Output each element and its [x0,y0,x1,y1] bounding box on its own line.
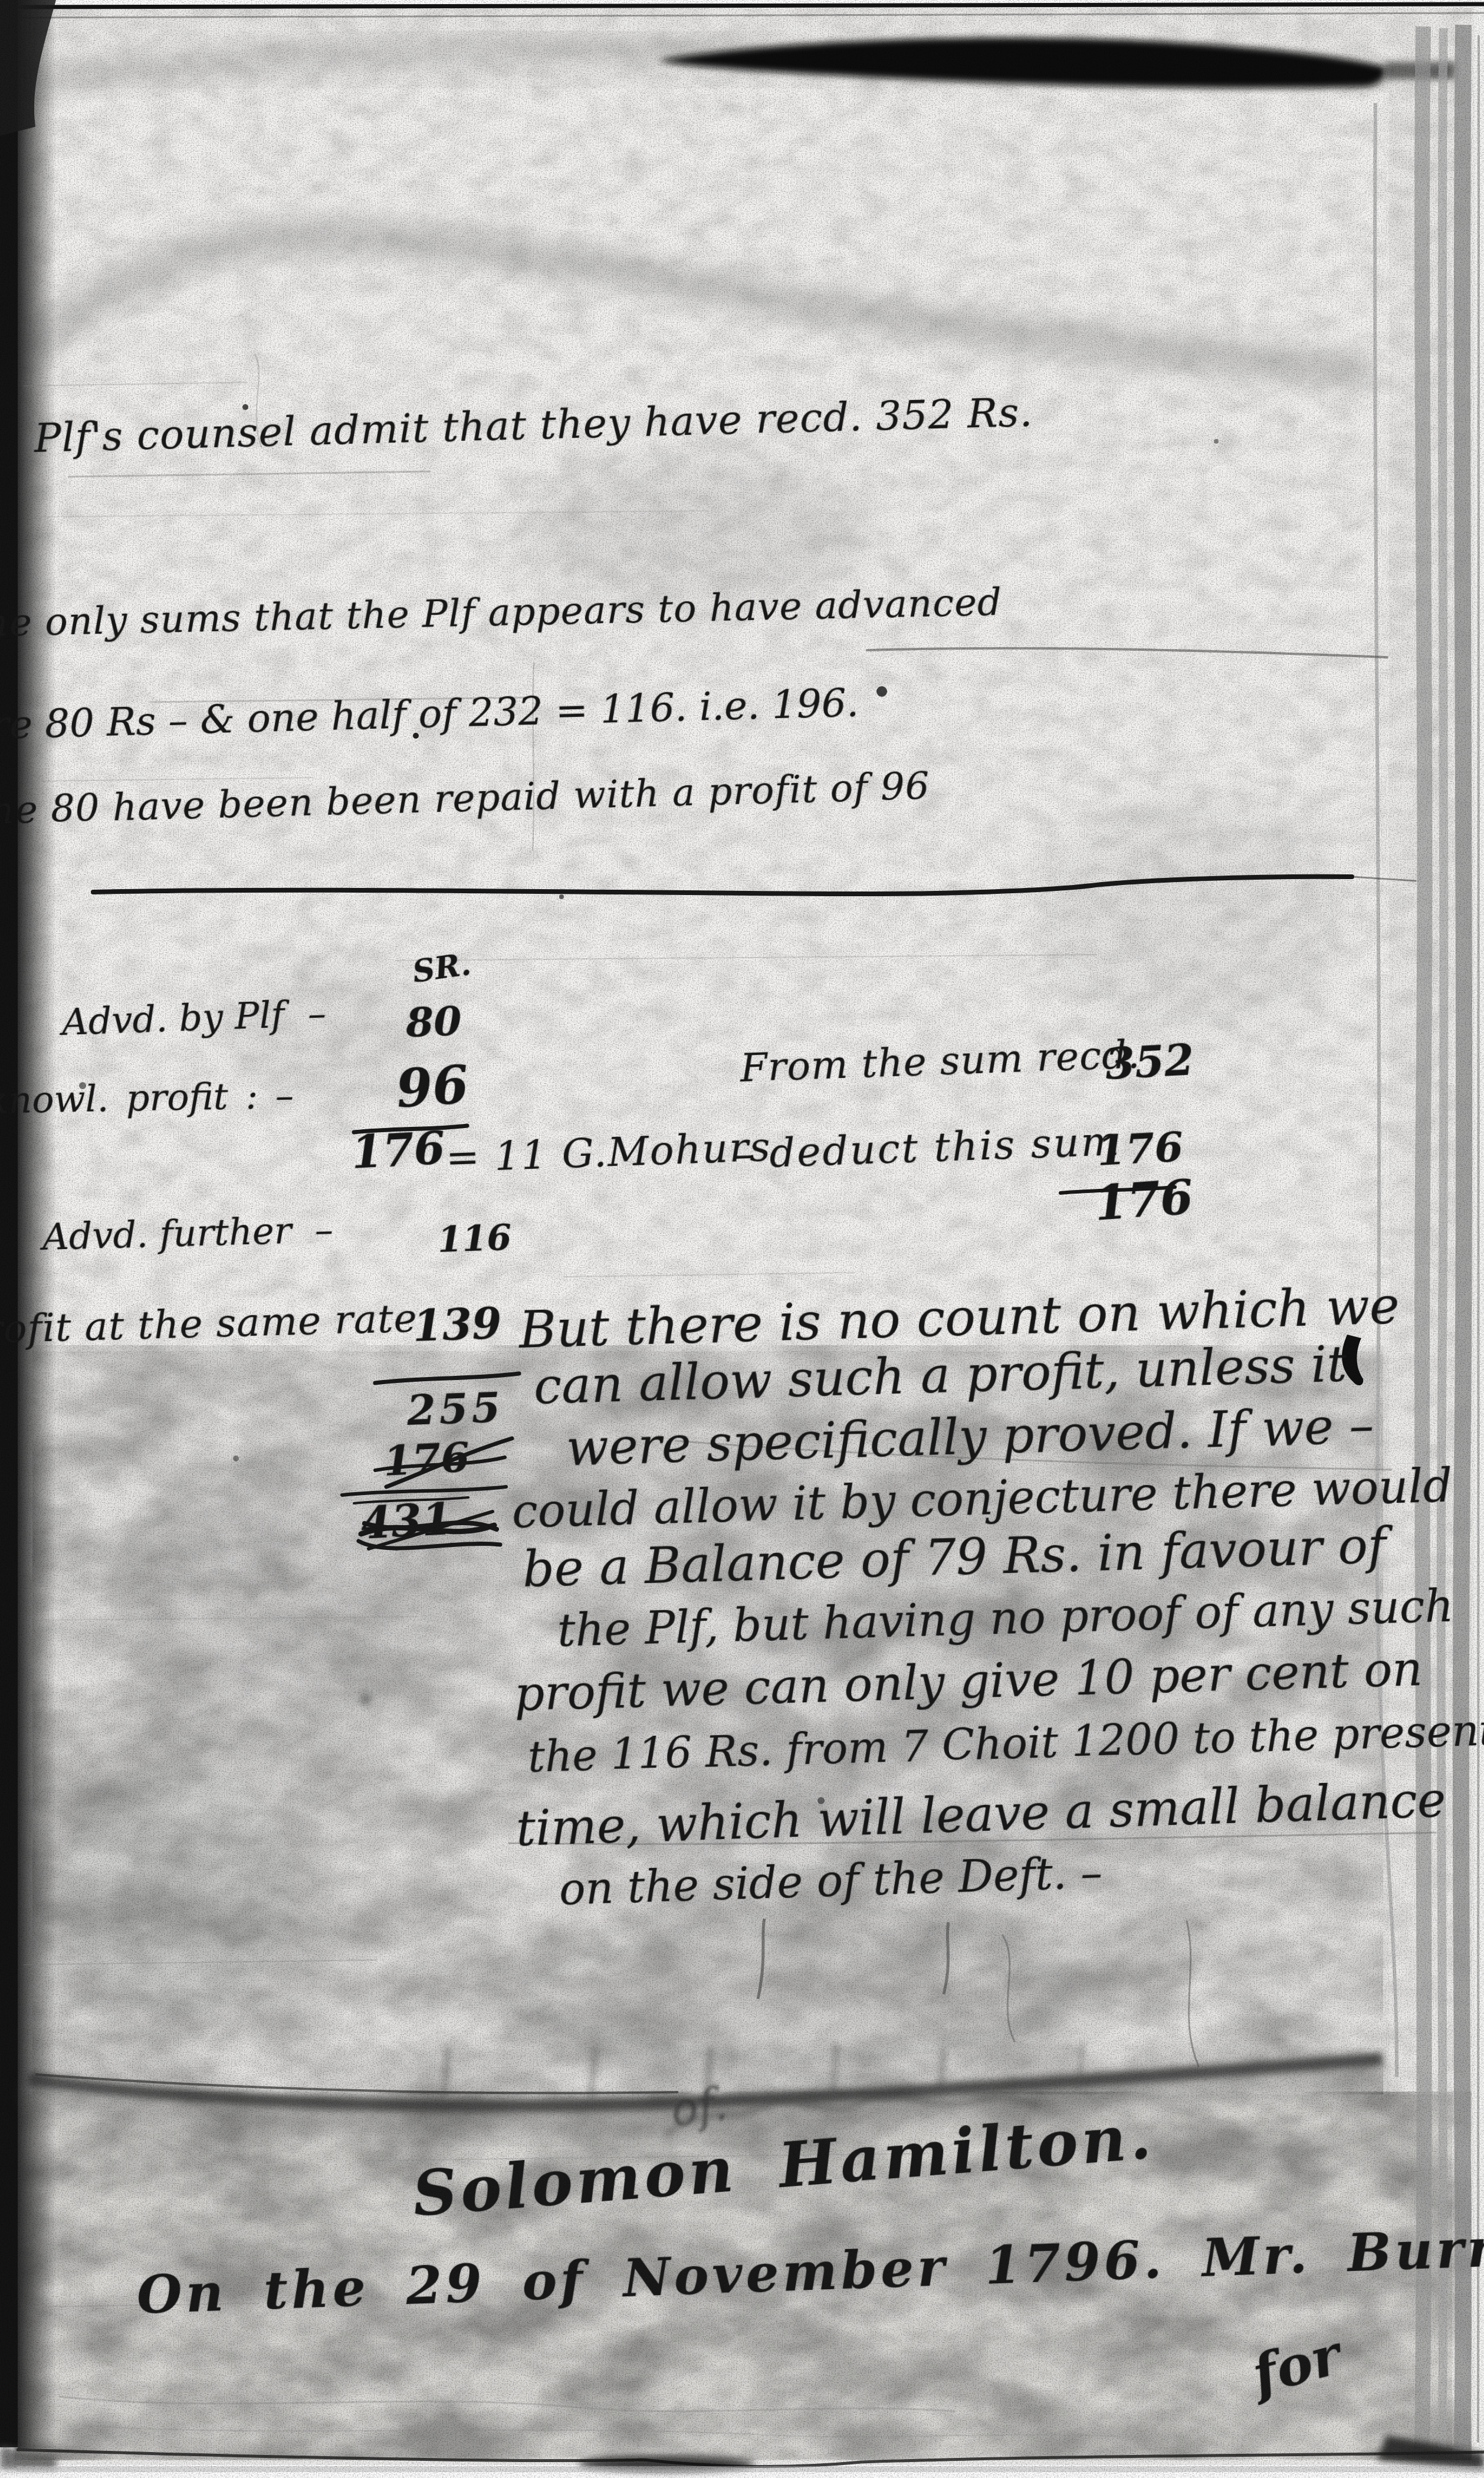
deduct-result: 176 [1093,1173,1194,1227]
for-word: for [1247,2328,1346,2403]
paragraph-line-7: profit we can only give 10 per cent on [514,1646,1423,1718]
paragraph-line-3: were specifically proved. If we – [566,1401,1375,1473]
paragraph-line-10: on the side of the Deft. – [559,1851,1103,1912]
advanced-row-value: 80 [405,1001,462,1043]
profit-row-value: 96 [395,1058,470,1115]
top-page-edge [0,4,1484,88]
note-line-1: Plf's counsel admit that they have recd.… [34,393,1033,459]
date-line: On the 29 of November 1796. Mr. Burrough… [136,2215,1484,2321]
smudge-of: of. [668,2081,730,2133]
line-above-255 [375,1374,519,1383]
rate-row-value: 139 [412,1302,503,1348]
line-under-struck-176-a [342,1487,506,1495]
right-page-edge-lines [1375,25,1479,2448]
signature: Solomon Hamilton. [411,2106,1157,2225]
currency-header: SR. [411,949,472,987]
further-row-value: 116 [437,1220,512,1258]
from-sum-value: 352 [1104,1038,1195,1086]
note-line-4: The 80 have been been repaid with a prof… [0,768,930,831]
profit-row-label: acknowl. profit : – [0,1077,294,1120]
bottom-page-edge [17,2436,1484,2472]
deduct-value: 176 [1096,1126,1184,1172]
note-line-3: are 80 Rs – & one half of 232 = 116. i.e… [0,683,859,746]
manuscript-scan: Plf's counsel admit that they have recd.… [0,0,1484,2478]
struck-431: 431 [360,1497,453,1546]
advanced-tail-line [867,648,1387,657]
crease-line [1187,1921,1199,2066]
deft-flourish [1003,1935,1014,2041]
note-line-2: The only sums that the Plf appears to ha… [0,584,1003,643]
paragraph-line-8: the 116 Rs. from 7 Choit 1200 to the pre… [527,1709,1484,1778]
advanced-row-label: Advd. by Plf – [61,995,327,1041]
rate-row-label: profit at the same rate [0,1299,418,1350]
sheet-top-curl-shadow [32,236,1368,372]
struck-176: 176 [382,1436,471,1482]
separator-rule [93,877,1352,894]
from-sum-label: From the sum recd. [740,1035,1141,1088]
further-row-label: Advd. further – [42,1211,333,1256]
subtotal-value: 176 [350,1126,446,1175]
paragraph-line-9: time, which will leave a small balance [516,1776,1447,1853]
deduct-label: – deduct this sum [733,1122,1121,1175]
sum-255: 255 [406,1386,504,1431]
subtotal-equivalent: = 11 G.Mohurs [445,1127,772,1179]
paragraph-line-6: the Plf, but having no proof of any such [557,1584,1454,1653]
